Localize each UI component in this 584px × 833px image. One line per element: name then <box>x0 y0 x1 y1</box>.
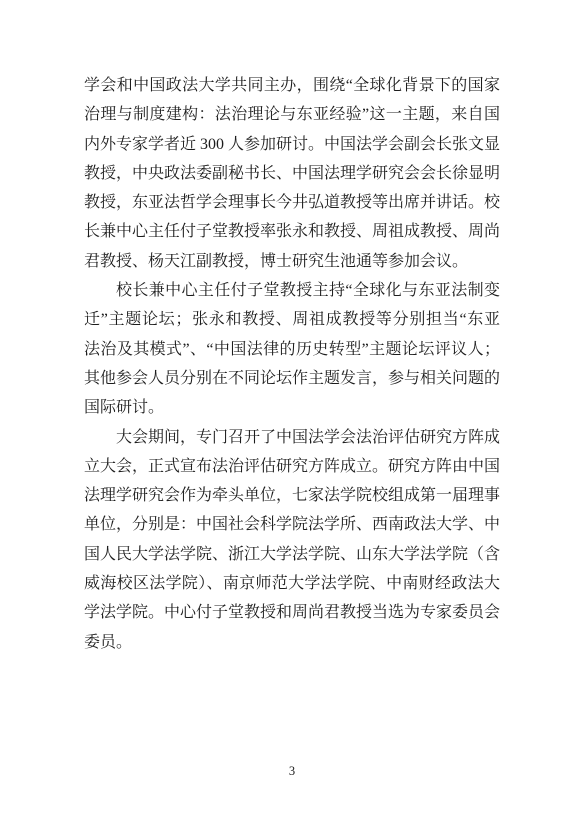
text-line: 治理与制度建构：法治理论与东亚经验”这一主题，来自国 <box>84 100 500 129</box>
text-line: 君教授、杨天江副教授，博士研究生池通等参加会议。 <box>84 247 500 276</box>
paragraph: 校长兼中心主任付子堂教授主持“全球化与东亚法制变迁”主题论坛；张永和教授、周祖成… <box>84 276 500 422</box>
text-line: 教授，东亚法哲学会理事长今井弘道教授等出席并讲话。校 <box>84 188 500 217</box>
text-line: 学会和中国政法大学共同主办，围绕“全球化背景下的国家 <box>84 71 500 100</box>
page-number: 3 <box>0 764 584 779</box>
text-line: 学法学院。中心付子堂教授和周尚君教授当选为专家委员会 <box>84 598 500 627</box>
text-line: 立大会，正式宣布法治评估研究方阵成立。研究方阵由中国 <box>84 452 500 481</box>
text-line: 教授，中央政法委副秘书长、中国法理学研究会会长徐显明 <box>84 159 500 188</box>
text-line: 大会期间，专门召开了中国法学会法治评估研究方阵成 <box>84 423 500 452</box>
text-line: 单位，分别是：中国社会科学院法学所、西南政法大学、中 <box>84 510 500 539</box>
text-line: 法治及其模式”、“中国法律的历史转型”主题论坛评议人； <box>84 335 500 364</box>
text-line: 委员。 <box>84 628 500 657</box>
paragraph: 大会期间，专门召开了中国法学会法治评估研究方阵成立大会，正式宣布法治评估研究方阵… <box>84 423 500 657</box>
text-line: 长兼中心主任付子堂教授率张永和教授、周祖成教授、周尚 <box>84 217 500 246</box>
text-line: 其他参会人员分别在不同论坛作主题发言，参与相关问题的 <box>84 364 500 393</box>
text-block: 学会和中国政法大学共同主办，围绕“全球化背景下的国家治理与制度建构：法治理论与东… <box>84 71 500 657</box>
paragraph: 学会和中国政法大学共同主办，围绕“全球化背景下的国家治理与制度建构：法治理论与东… <box>84 71 500 276</box>
text-line: 国人民大学法学院、浙江大学法学院、山东大学法学院（含 <box>84 540 500 569</box>
text-line: 校长兼中心主任付子堂教授主持“全球化与东亚法制变 <box>84 276 500 305</box>
document-page: 学会和中国政法大学共同主办，围绕“全球化背景下的国家治理与制度建构：法治理论与东… <box>0 0 584 833</box>
text-line: 法理学研究会作为牵头单位，七家法学院校组成第一届理事 <box>84 481 500 510</box>
text-line: 内外专家学者近 300 人参加研讨。中国法学会副会长张文显 <box>84 130 500 159</box>
text-line: 威海校区法学院）、南京师范大学法学院、中南财经政法大 <box>84 569 500 598</box>
text-line: 迁”主题论坛；张永和教授、周祖成教授等分别担当“东亚 <box>84 305 500 334</box>
text-line: 国际研讨。 <box>84 393 500 422</box>
